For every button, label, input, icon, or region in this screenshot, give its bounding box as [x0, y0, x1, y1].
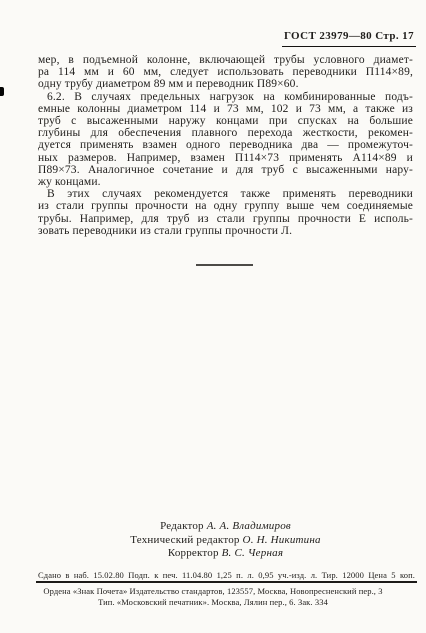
body-line: глубины для обеспечения плавного переход… [38, 127, 413, 139]
body-line: мер, в подъемной колонне, включающей тру… [38, 54, 413, 66]
body-line: ных размеров. Например, взамен П114×73 п… [38, 152, 413, 164]
credit-name: В. С. Черная [222, 547, 284, 559]
page-header: ГОСТ 23979—80 Стр. 17 [282, 26, 416, 47]
body-line: зовать переводники из стали группы прочн… [38, 225, 413, 237]
body-line: труб с высаженными наружу концами при сп… [38, 115, 413, 127]
section-divider [196, 264, 253, 266]
body-line: В этих случаях рекомендуется также приме… [38, 188, 413, 200]
credit-line: Корректор В. С. Черная [38, 547, 413, 561]
body-line: одну трубу диаметром 89 мм и переводник … [38, 78, 413, 90]
credit-line: Редактор А. А. Владимиров [38, 520, 413, 534]
credit-role: Корректор [168, 547, 219, 559]
body-line: дуется применять взамен одного переводни… [38, 139, 413, 151]
body-line: емные колонны диаметром 114 и 73 мм, 102… [38, 103, 413, 115]
credit-name: О. Н. Никитина [243, 534, 321, 546]
footer-rule [36, 581, 417, 583]
body-line: 6.2. В случаях предельных нагрузок на ко… [38, 91, 413, 103]
body-line: П89×73. Аналогичное сочетание и для труб… [38, 164, 413, 176]
scan-artifact [0, 87, 4, 96]
credit-role: Технический редактор [130, 534, 239, 546]
credit-line: Технический редактор О. Н. Никитина [38, 534, 413, 548]
publisher-block: Ордена «Знак Почета» Издательство станда… [20, 586, 406, 607]
body-line: ра 114 мм и 60 мм, следует использовать … [38, 66, 413, 78]
body-line: жу концами. [38, 176, 413, 188]
credit-name: А. А. Владимиров [207, 520, 291, 532]
body-line: из стали группы прочности на одну группу… [38, 200, 413, 212]
document-page: ГОСТ 23979—80 Стр. 17 мер, в подъемной к… [0, 0, 426, 633]
credit-role: Редактор [160, 520, 204, 532]
body-text: мер, в подъемной колонне, включающей тру… [38, 54, 413, 237]
credits-block: Редактор А. А. Владимиров Технический ре… [38, 520, 413, 561]
publisher-line: Тип. «Московский печатник». Москва, Ляли… [20, 597, 406, 608]
page-title: ГОСТ 23979—80 Стр. 17 [282, 30, 416, 47]
publisher-line: Ордена «Знак Почета» Издательство станда… [20, 586, 406, 597]
body-line: трубы. Например, для труб из стали групп… [38, 213, 413, 225]
imprint-line: Сдано в наб. 15.02.80 Подп. к печ. 11.04… [38, 570, 415, 580]
